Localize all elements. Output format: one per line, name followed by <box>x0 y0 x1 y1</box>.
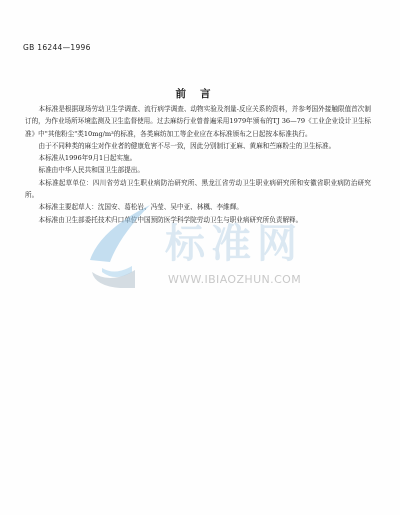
paragraph: 标准由中华人民共和国卫生部提出。 <box>25 164 371 176</box>
watermark-url: WWW.IBIAOZHUN.COM <box>168 273 301 286</box>
body-text: 本标准是根据现场劳动卫生学调查、流行病学调查、动物实验及剂量-反应关系的资料，并… <box>25 103 371 226</box>
paragraph: 本标准是根据现场劳动卫生学调查、流行病学调查、动物实验及剂量-反应关系的资料，并… <box>25 103 371 140</box>
page-title: 前言 <box>0 86 400 101</box>
paragraph: 本标准起草单位：四川省劳动卫生职业病防治研究所、黑龙江省劳动卫生职业病研究所和安… <box>25 177 371 202</box>
paragraph: 本标准从1996年9月1日起实施。 <box>25 152 371 164</box>
standard-code: GB 16244—1996 <box>23 43 91 52</box>
paragraph: 本标准由卫生部委托技术归口单位中国预防医学科学院劳动卫生与职业病研究所负责解释。 <box>25 214 371 226</box>
paragraph: 由于不同种类的麻尘对作业者的健康危害不尽一致，因此分别制订亚麻、黄麻和苎麻粉尘的… <box>25 140 371 152</box>
paragraph: 本标准主要起草人：沈国安、葛松岩、冯莹、吴中亚、林楓、李維輝。 <box>25 201 371 213</box>
